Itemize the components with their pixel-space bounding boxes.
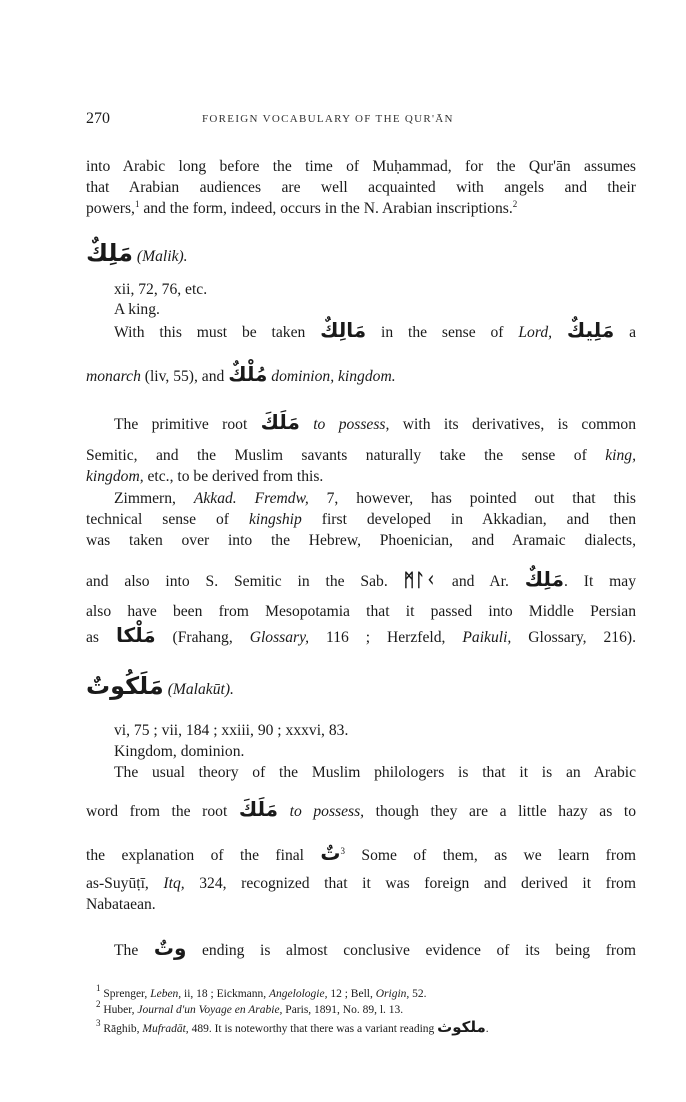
body-line: also have been from Mesopotamia that it … xyxy=(86,602,636,622)
body-line: as مَلْكا (Frahang, Glossary, 116 ; Herz… xyxy=(86,625,636,648)
body-line: that Arabian audiences are well acquaint… xyxy=(86,178,636,198)
body-line: as-Suyūṭī, Itq, 324, recognized that it … xyxy=(86,874,636,894)
gloss: A king. xyxy=(114,300,636,320)
transliteration: (Malakūt). xyxy=(168,681,234,698)
body-line: Nabataean. xyxy=(86,895,636,915)
arabic-headword: مَلِكٌ xyxy=(86,243,133,263)
footnote-ref[interactable]: 2 xyxy=(513,199,518,209)
pahlavi-script: مَلْكا xyxy=(116,625,156,645)
body-line: With this must be taken مَالِكٌ in the s… xyxy=(114,320,636,343)
body-line: the explanation of the final تٌ3 Some of… xyxy=(86,843,636,866)
body-line: The primitive root مَلَكَ to possess, wi… xyxy=(114,412,636,435)
body-line: was taken over into the Hebrew, Phoenici… xyxy=(86,531,636,551)
entry-heading-malik: مَلِكٌ (Malik). xyxy=(86,243,636,267)
footnote-1: 1 Sprenger, Leben, ii, 18 ; Eickmann, An… xyxy=(96,987,656,1002)
sura-references: xii, 72, 76, etc. xyxy=(114,280,636,300)
body-line: and also into S. Semitic in the Sab. ᛗᛚᚲ… xyxy=(86,569,636,592)
body-line: kingdom, etc., to be derived from this. xyxy=(86,467,636,487)
body-line: Semitic, and the Muslim savants naturall… xyxy=(86,446,636,466)
body-line: word from the root مَلَكَ to possess, th… xyxy=(86,799,636,822)
body-line: The وتٌ ending is almost conclusive evid… xyxy=(114,938,636,961)
body-line: monarch (liv, 55), and مُلْكٌ dominion, … xyxy=(86,364,636,387)
transliteration: (Malik). xyxy=(137,248,188,265)
gloss: Kingdom, dominion. xyxy=(114,742,636,762)
body-line: technical sense of kingship first develo… xyxy=(86,510,636,530)
footnote-3: 3 Rāghib, Mufradāt, 489. It is noteworth… xyxy=(96,1020,656,1037)
body-line: Zimmern, Akkad. Fremdw, 7, however, has … xyxy=(114,489,636,509)
running-head: 270 Foreign Vocabulary of the Qur'ān xyxy=(86,110,636,130)
footnote-2: 2 Huber, Journal d'un Voyage en Arabie, … xyxy=(96,1003,656,1018)
entry-heading-malakut: مَلَكُوتٌ (Malakūt). xyxy=(86,676,636,700)
sabaean-script: ᛗᛚᚲ xyxy=(404,570,436,591)
body-line: into Arabic long before the time of Muḥa… xyxy=(86,157,636,177)
arabic-headword: مَلَكُوتٌ xyxy=(86,676,164,696)
body-line: powers,1 and the form, indeed, occurs in… xyxy=(86,199,636,219)
body-line: The usual theory of the Muslim philologe… xyxy=(114,763,636,783)
page-number: 270 xyxy=(86,110,110,128)
running-title: Foreign Vocabulary of the Qur'ān xyxy=(202,113,454,125)
sura-references: vi, 75 ; vii, 184 ; xxiii, 90 ; xxxvi, 8… xyxy=(114,721,636,741)
